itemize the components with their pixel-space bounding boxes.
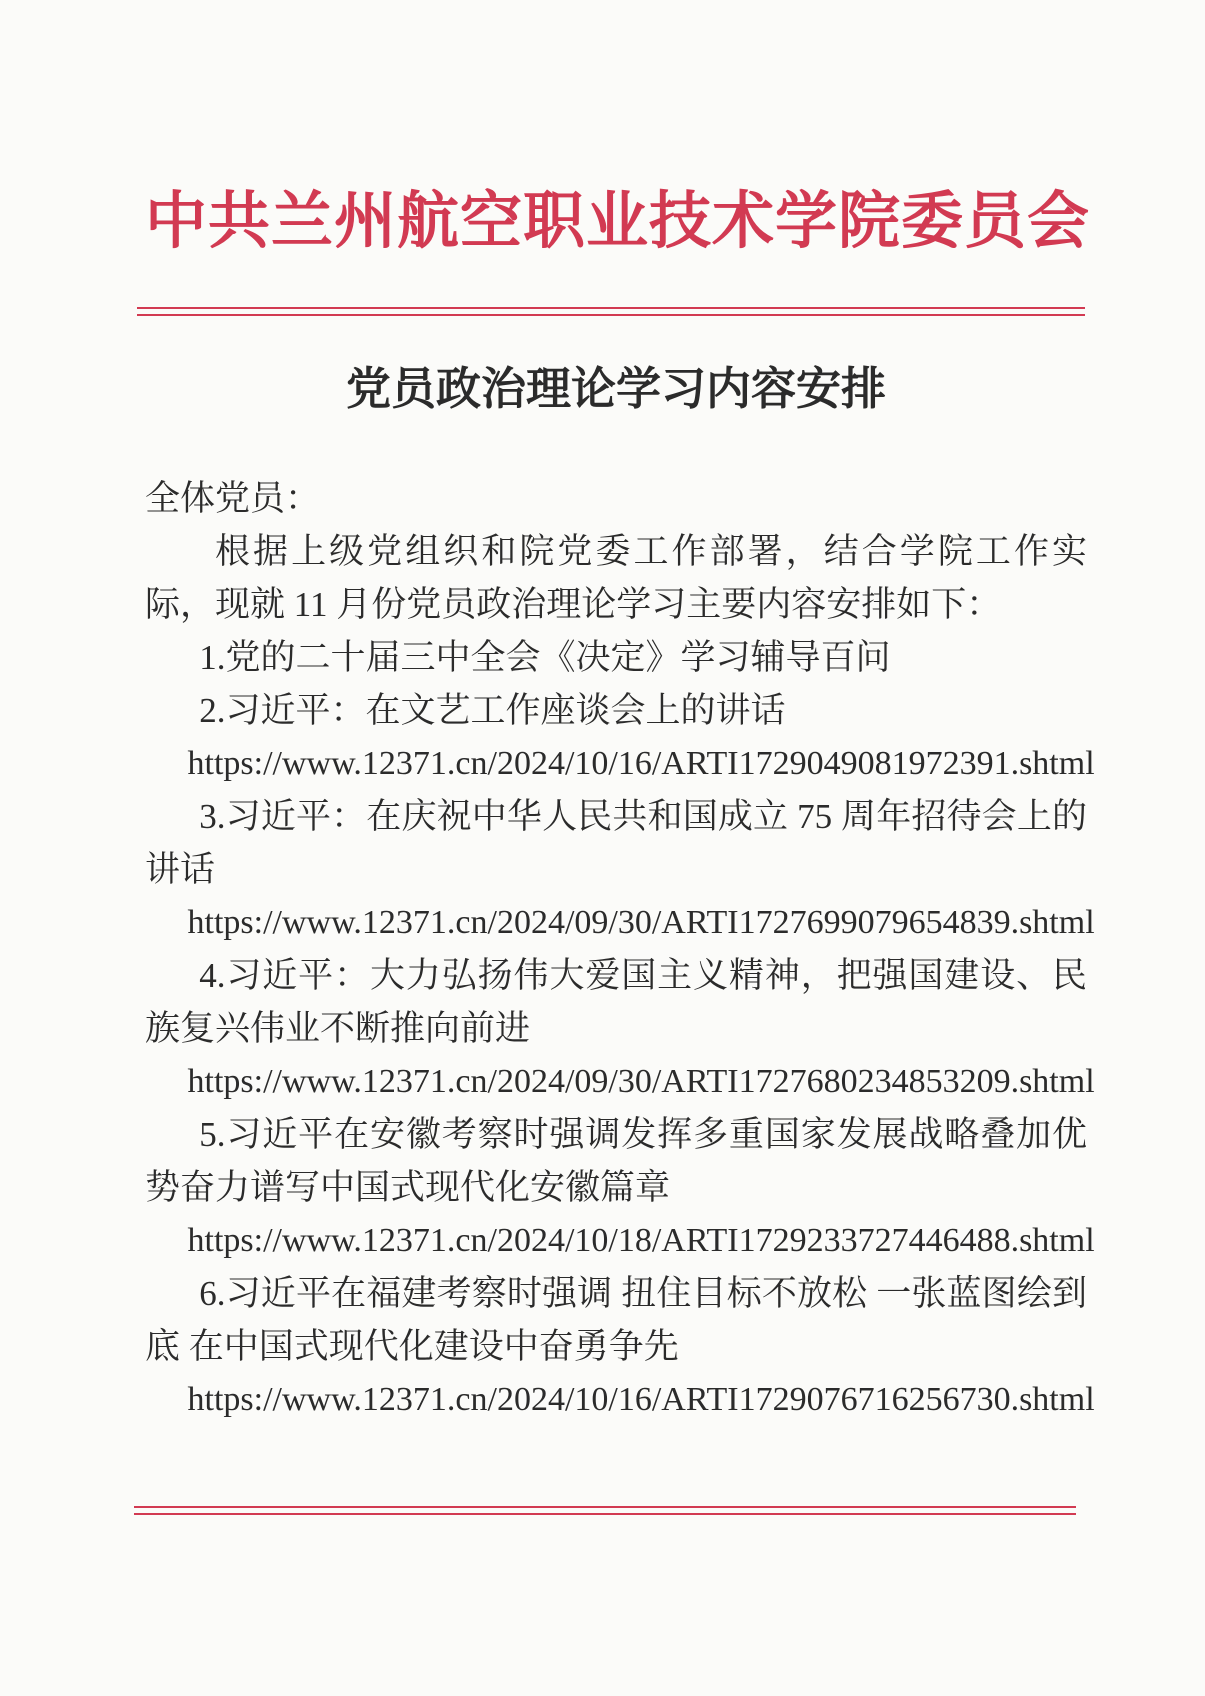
study-item-text: 5.习近平在安徽考察时强调发挥多重国家发展战略叠加优势奋力谱写中国式现代化安徽篇… — [145, 1108, 1087, 1214]
header-divider — [137, 307, 1085, 316]
study-item-text: 3.习近平：在庆祝中华人民共和国成立 75 周年招待会上的讲话 — [145, 790, 1087, 896]
list-item: 4.习近平：大力弘扬伟大爱国主义精神，把强国建设、民族复兴伟业不断推向前进 ht… — [145, 949, 1087, 1108]
intro-paragraph: 根据上级党组织和院党委工作部署，结合学院工作实际，现就 11 月份党员政治理论学… — [145, 525, 1087, 631]
salutation: 全体党员： — [145, 472, 1087, 525]
list-item: 3.习近平：在庆祝中华人民共和国成立 75 周年招待会上的讲话 https://… — [145, 790, 1087, 949]
page-content: 中共兰州航空职业技术学院委员会 党员政治理论学习内容安排 全体党员： 根据上级党… — [145, 0, 1087, 1426]
list-item: 1.党的二十届三中全会《决定》学习辅导百问 — [145, 631, 1087, 684]
study-item-url: https://www.12371.cn/2024/09/30/ARTI1727… — [145, 1055, 1087, 1108]
study-item-text: 4.习近平：大力弘扬伟大爱国主义精神，把强国建设、民族复兴伟业不断推向前进 — [145, 949, 1087, 1055]
study-item-text: 2.习近平：在文艺工作座谈会上的讲话 — [145, 684, 1087, 737]
study-item-text: 1.党的二十届三中全会《决定》学习辅导百问 — [145, 631, 1087, 684]
scanned-notice-page: 中共兰州航空职业技术学院委员会 党员政治理论学习内容安排 全体党员： 根据上级党… — [0, 0, 1205, 1696]
list-item: 6.习近平在福建考察时强调 扭住目标不放松 一张蓝图绘到底 在中国式现代化建设中… — [145, 1267, 1087, 1426]
footer-divider — [134, 1506, 1076, 1515]
notice-body: 全体党员： 根据上级党组织和院党委工作部署，结合学院工作实际，现就 11 月份党… — [145, 472, 1087, 1426]
list-item: 2.习近平：在文艺工作座谈会上的讲话 https://www.12371.cn/… — [145, 684, 1087, 790]
study-item-text: 6.习近平在福建考察时强调 扭住目标不放松 一张蓝图绘到底 在中国式现代化建设中… — [145, 1267, 1087, 1373]
study-item-url: https://www.12371.cn/2024/10/16/ARTI1729… — [145, 1373, 1087, 1426]
study-item-url: https://www.12371.cn/2024/09/30/ARTI1727… — [145, 896, 1087, 949]
organization-title: 中共兰州航空职业技术学院委员会 — [145, 182, 1087, 263]
study-item-url: https://www.12371.cn/2024/10/18/ARTI1729… — [145, 1214, 1087, 1267]
study-item-url: https://www.12371.cn/2024/10/16/ARTI1729… — [145, 737, 1087, 790]
page-title: 党员政治理论学习内容安排 — [145, 362, 1087, 416]
list-item: 5.习近平在安徽考察时强调发挥多重国家发展战略叠加优势奋力谱写中国式现代化安徽篇… — [145, 1108, 1087, 1267]
